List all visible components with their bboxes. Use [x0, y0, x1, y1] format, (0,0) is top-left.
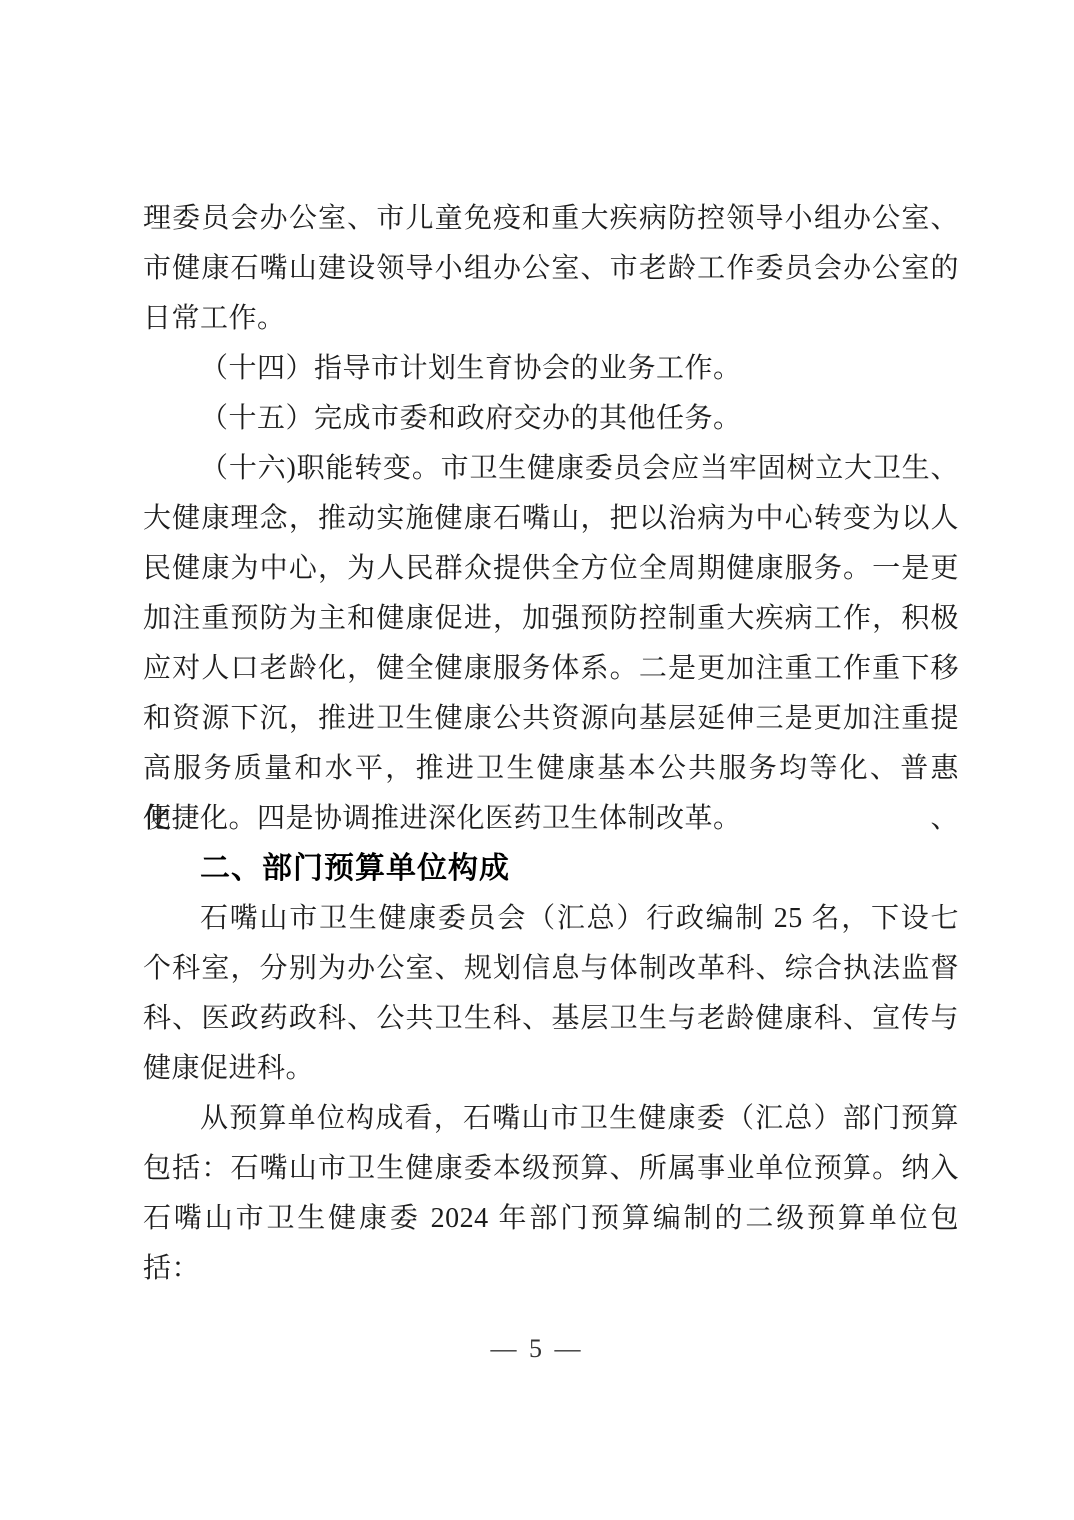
- body-line: 大健康理念，推动实施健康石嘴山，把以治病为中心转变为以人: [143, 494, 959, 544]
- body-line: 石嘴山市卫生健康委 2024 年部门预算编制的二级预算单位包: [143, 1194, 959, 1244]
- body-line: （十四）指导市计划生育协会的业务工作。: [143, 344, 959, 394]
- section-heading: 二、部门预算单位构成: [143, 844, 959, 894]
- body-line: 和资源下沉，推进卫生健康公共资源向基层延伸三是更加注重提: [143, 694, 959, 744]
- document-page: 理委员会办公室、市儿童免疫和重大疾病防控领导小组办公室、 市健康石嘴山建设领导小…: [0, 0, 1074, 1520]
- body-line: 民健康为中心，为人民群众提供全方位全周期健康服务。一是更: [143, 544, 959, 594]
- body-line: 从预算单位构成看，石嘴山市卫生健康委（汇总）部门预算: [143, 1094, 959, 1144]
- body-line: 加注重预防为主和健康促进，加强预防控制重大疾病工作，积极: [143, 594, 959, 644]
- body-line: 日常工作。: [143, 294, 959, 344]
- body-line: 科、医政药政科、公共卫生科、基层卫生与老龄健康科、宣传与: [143, 994, 959, 1044]
- document-body: 理委员会办公室、市儿童免疫和重大疾病防控领导小组办公室、 市健康石嘴山建设领导小…: [143, 194, 959, 1294]
- body-line: 包括：石嘴山市卫生健康委本级预算、所属事业单位预算。纳入: [143, 1144, 959, 1194]
- body-line: 括：: [143, 1244, 959, 1294]
- body-line: （十六)职能转变。市卫生健康委员会应当牢固树立大卫生、: [143, 444, 959, 494]
- body-line: 健康促进科。: [143, 1044, 959, 1094]
- body-line: 个科室，分别为办公室、规划信息与体制改革科、综合执法监督: [143, 944, 959, 994]
- body-line: 高服务质量和水平，推进卫生健康基本公共服务均等化、普惠化、: [143, 744, 959, 794]
- body-line: 石嘴山市卫生健康委员会（汇总）行政编制 25 名，下设七: [143, 894, 959, 944]
- page-number: — 5 —: [491, 1334, 584, 1363]
- body-line: （十五）完成市委和政府交办的其他任务。: [143, 394, 959, 444]
- page-footer: — 5 —: [0, 1334, 1074, 1364]
- body-line: 应对人口老龄化，健全健康服务体系。二是更加注重工作重下移: [143, 644, 959, 694]
- body-line: 市健康石嘴山建设领导小组办公室、市老龄工作委员会办公室的: [143, 244, 959, 294]
- body-line: 理委员会办公室、市儿童免疫和重大疾病防控领导小组办公室、: [143, 194, 959, 244]
